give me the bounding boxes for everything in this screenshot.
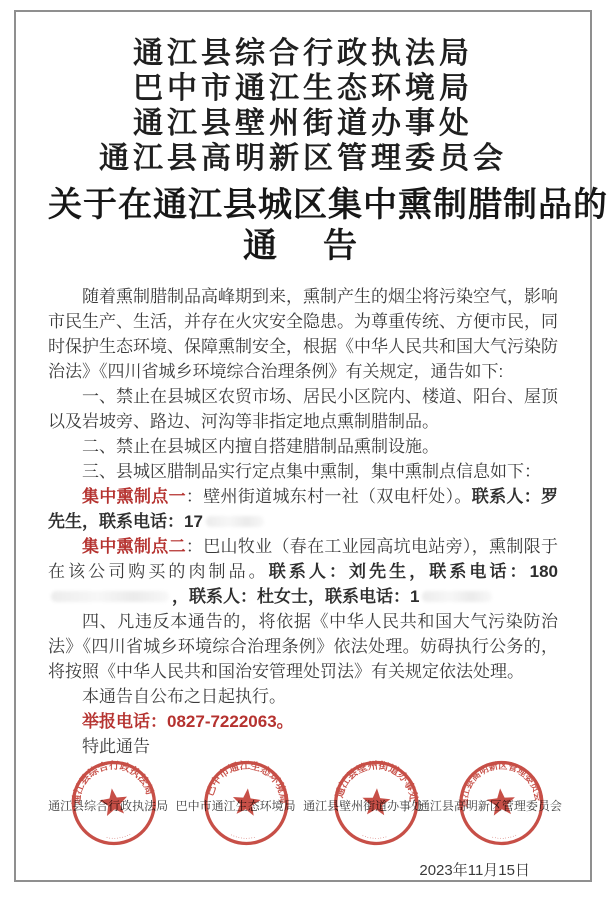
issuing-agencies-header: 通江县综合行政执法局 巴中市通江生态环境局 通江县壁州街道办事处 通江县高明新区… — [48, 36, 558, 176]
page-title: 关于在通江县城区集中熏制腊制品的 通 告 — [48, 186, 558, 268]
intro-paragraph: 随着熏制腊制品高峰期到来，熏制产生的烟尘将污染空气，影响市民生产、生活，并存在火… — [48, 284, 558, 384]
seal-unit: 通江县壁州街道办事处 通江县壁州街道办事处 · · · · · · · · · … — [303, 755, 431, 855]
official-seal-stamp-icon: 巴中市通江生态环境局 · · · · · · · · · · — [196, 752, 297, 853]
effective-statement: 本通告自公布之日起执行。 — [48, 684, 558, 709]
seal-unit: 通江县综合行政执法局 通江县综合行政执法局 · · · · · · · · · … — [48, 755, 176, 855]
redacted-phone-number — [206, 516, 264, 527]
official-seal-stamp-icon: 通江县壁州街道办事处 · · · · · · · · · · — [328, 755, 425, 852]
title-line-1: 关于在通江县城区集中熏制腊制品的 — [48, 186, 558, 226]
seal-unit: 通江县高明新区管理委员会 通江县高明新区管理委员会 · · · · · · · … — [431, 755, 559, 855]
agency-name-line: 通江县壁州街道办事处 — [48, 106, 558, 141]
notice-body: 随着熏制腊制品高峰期到来，熏制产生的烟尘将污染空气，影响市民生产、生活，并存在火… — [48, 284, 558, 759]
item-one: 一、禁止在县城区农贸市场、居民小区院内、楼道、阳台、屋顶以及岩坡旁、路边、河沟等… — [48, 384, 558, 434]
point-two-contact-b: ，联系人：杜女士，联系电话： — [172, 587, 410, 606]
title-line-2: 通 告 — [48, 226, 558, 268]
point-two-label: 集中熏制点二 — [82, 537, 186, 556]
agency-name-line: 通江县综合行政执法局 — [48, 36, 558, 71]
star-icon — [98, 786, 129, 816]
document-frame: 通江县综合行政执法局 巴中市通江生态环境局 通江县壁州街道办事处 通江县高明新区… — [14, 10, 592, 882]
official-seal-stamp-icon: 通江县综合行政执法局 · · · · · · · · · · — [62, 751, 166, 855]
point-one-label: 集中熏制点一 — [82, 487, 186, 506]
smoking-point-one: 集中熏制点一：壁州街道城东村一社（双电杆处）。联系人：罗先生，联系电话：17 — [48, 484, 558, 534]
star-icon — [361, 788, 390, 816]
report-hotline: 举报电话：0827-7222063。 — [48, 709, 558, 734]
item-four: 四、凡违反本通告的，将依据《中华人民共和国大气污染防治法》《四川省城乡环境综合治… — [48, 609, 558, 684]
seal-unit: 巴中市通江生态环境局 巴中市通江生态环境局 · · · · · · · · · … — [176, 755, 304, 855]
point-one-phone-prefix: 17 — [184, 512, 203, 531]
point-one-desc: ：壁州街道城东村一社（双电杆处）。 — [186, 487, 472, 506]
star-icon — [231, 787, 262, 816]
seal-signature-row: 通江县综合行政执法局 通江县综合行政执法局 · · · · · · · · · … — [48, 755, 558, 855]
redacted-phone-number — [51, 591, 169, 602]
smoking-point-two: 集中熏制点二：巴山牧业（春在工业园高坑电站旁），熏制限于在该公司购买的肉制品。联… — [48, 534, 558, 609]
item-three: 三、县城区腊制品实行定点集中熏制，集中熏制点信息如下： — [48, 459, 558, 484]
agency-name-line: 通江县高明新区管理委员会 — [48, 141, 558, 176]
star-icon — [486, 787, 516, 816]
point-two-phone-prefix: 1 — [410, 587, 419, 606]
redacted-phone-number — [422, 591, 492, 602]
agency-name-line: 巴中市通江生态环境局 — [48, 71, 558, 106]
official-seal-stamp-icon: 通江县高明新区管理委员会 · · · · · · · · · · — [452, 753, 552, 853]
item-two: 二、禁止在县城区内擅自搭建腊制品熏制设施。 — [48, 434, 558, 459]
point-two-contact-a: 联系人：刘先生，联系电话：180 — [269, 562, 558, 581]
issue-date: 2023年11月15日 — [48, 859, 558, 880]
notice-page: 通江县综合行政执法局 巴中市通江生态环境局 通江县壁州街道办事处 通江县高明新区… — [0, 0, 616, 900]
